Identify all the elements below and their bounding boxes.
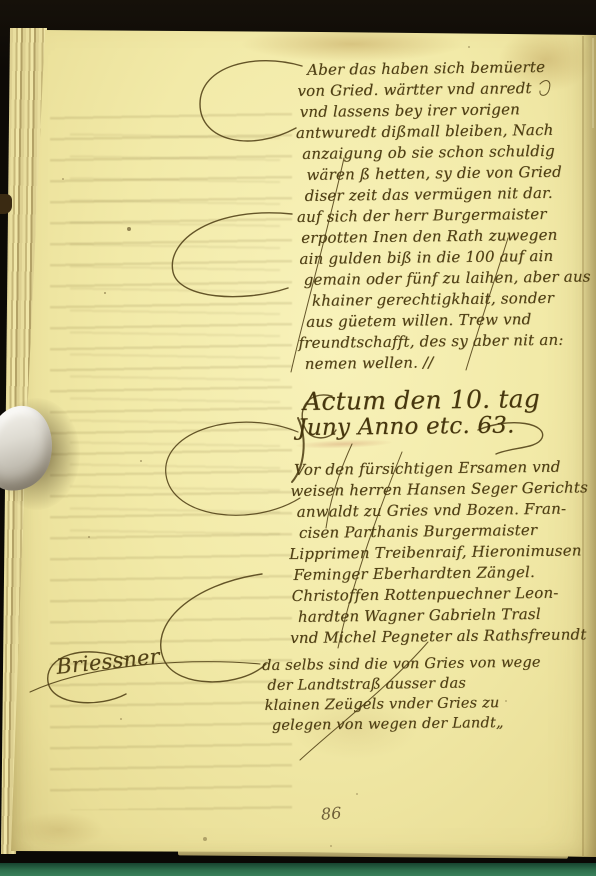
corner-stain [14,812,104,848]
page-number: 86 [320,803,342,823]
ink-specks [0,0,2,2]
handwriting-line: khainer gerechtigkhait, sonder [312,287,591,311]
handwriting-line: Lipprimen Treibenraif, Hieronimusen [289,540,589,565]
paragraph-entry: da selbs sind die von Gries von wege der… [262,653,541,736]
bleed-through-text [70,120,280,540]
right-edge-highlight [592,38,594,128]
heading-line: Juny Anno etc. 63. [297,412,540,442]
paragraph-attendance: Vor den fürsichtigen Ersamen vnd weisen … [288,456,590,649]
handwriting-line: da selbs sind die von Gries von wege [262,653,541,676]
handwriting-line: diser zeit das vermügen nit dar. [305,182,590,206]
date-heading: Actum den 10. tag Juny Anno etc. 63. [303,385,540,442]
heading-line: Actum den 10. tag [303,385,540,415]
handwriting-line: vnd Michel Pegneter als Rathsfreundt [290,624,590,649]
table-surface-strip [0,863,596,876]
paragraph-resolution: Aber das haben sich bemüerte von Gried. … [295,56,592,375]
manuscript-photo: Aber das haben sich bemüerte von Gried. … [0,0,596,876]
handwriting-line: freundtschafft, des sy aber nit an: [298,329,591,354]
leather-tab [0,194,12,214]
handwriting-line: Christoffen Rottenpuechner Leon- [292,582,590,607]
handwriting-line: gelegen von wegen der Landt„ [272,713,542,736]
top-edge-stain [240,26,465,62]
handwriting-line: anwaldt zu Gries vnd Bozen. Fran- [297,498,589,523]
handwriting-line: nemen wellen. // [305,350,592,375]
